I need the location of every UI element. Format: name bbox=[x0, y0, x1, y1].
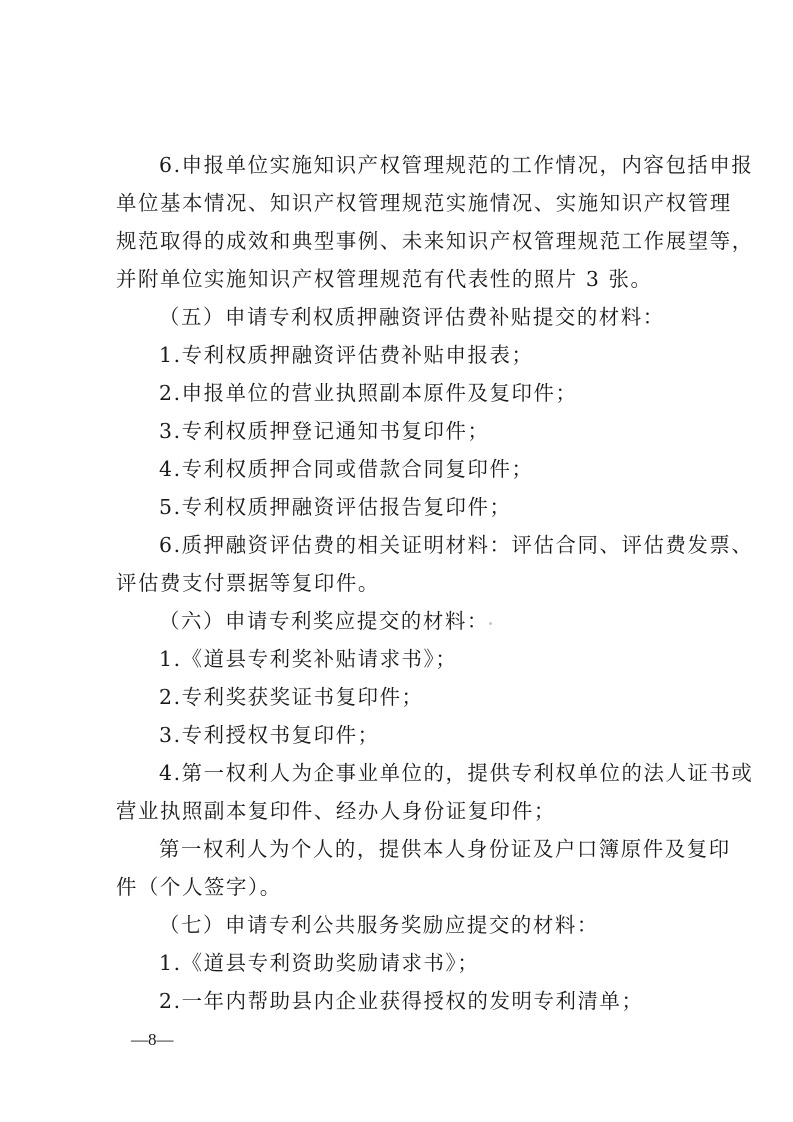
list-item-continuation: 营业执照副本复印件、经办人身份证复印件； bbox=[116, 792, 730, 830]
document-body: 6.申报单位实施知识产权管理规范的工作情况，内容包括申报 单位基本情况、知识产权… bbox=[116, 146, 730, 1020]
list-item: 2.申报单位的营业执照副本原件及复印件； bbox=[116, 374, 730, 412]
list-item: 6.质押融资评估费的相关证明材料：评估合同、评估费发票、 bbox=[116, 526, 730, 564]
list-item: 5.专利权质押融资评估报告复印件； bbox=[116, 488, 730, 526]
list-item: 1.专利权质押融资评估费补贴申报表； bbox=[116, 336, 730, 374]
scan-speck bbox=[489, 622, 492, 625]
paragraph-line: 第一权利人为个人的，提供本人身份证及户口簿原件及复印 bbox=[116, 830, 730, 868]
document-page: 6.申报单位实施知识产权管理规范的工作情况，内容包括申报 单位基本情况、知识产权… bbox=[0, 0, 793, 1122]
section-heading-7: （七）申请专利公共服务奖励应提交的材料： bbox=[116, 906, 730, 944]
list-item: 3.专利授权书复印件； bbox=[116, 716, 730, 754]
paragraph-line: 规范取得的成效和典型事例、未来知识产权管理规范工作展望等， bbox=[116, 222, 730, 260]
paragraph-line: 件（个人签字）。 bbox=[116, 868, 730, 906]
list-item: 4.专利权质押合同或借款合同复印件； bbox=[116, 450, 730, 488]
paragraph-line: 并附单位实施知识产权管理规范有代表性的照片 3 张。 bbox=[116, 260, 730, 298]
list-item: 1.《道县专利资助奖励请求书》； bbox=[116, 944, 730, 982]
page-number: —8— bbox=[131, 1028, 174, 1052]
list-item: 1.《道县专利奖补贴请求书》； bbox=[116, 640, 730, 678]
section-heading-6: （六）申请专利奖应提交的材料： bbox=[116, 602, 730, 640]
list-item: 4.第一权利人为企事业单位的，提供专利权单位的法人证书或 bbox=[116, 754, 730, 792]
list-item: 2.一年内帮助县内企业获得授权的发明专利清单； bbox=[116, 982, 730, 1020]
list-item-continuation: 评估费支付票据等复印件。 bbox=[116, 564, 730, 602]
list-item: 3.专利权质押登记通知书复印件； bbox=[116, 412, 730, 450]
section-heading-5: （五）申请专利权质押融资评估费补贴提交的材料： bbox=[116, 298, 730, 336]
paragraph-line: 单位基本情况、知识产权管理规范实施情况、实施知识产权管理 bbox=[116, 184, 730, 222]
paragraph-line: 6.申报单位实施知识产权管理规范的工作情况，内容包括申报 bbox=[116, 146, 730, 184]
list-item: 2.专利奖获奖证书复印件； bbox=[116, 678, 730, 716]
